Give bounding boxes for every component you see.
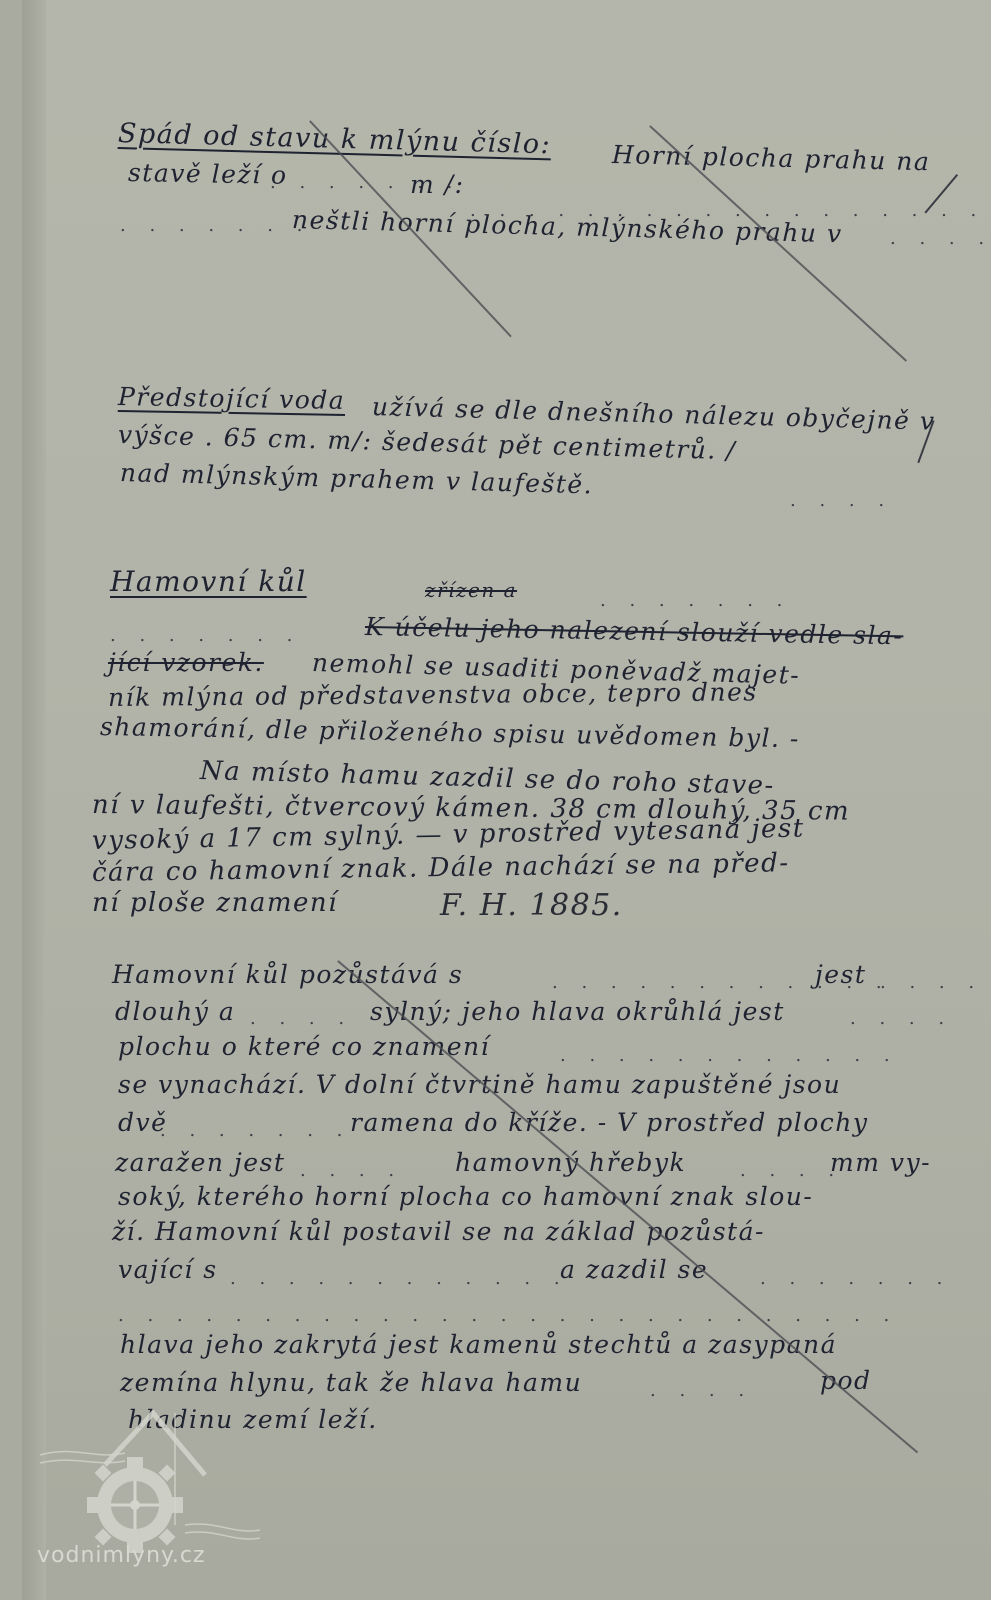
blank-field-dots: . . . . (740, 1160, 843, 1181)
blank-field-dots: . . . . (850, 1008, 953, 1029)
text-line: zemína hlynu, tak že hlava hamu (120, 1368, 582, 1397)
text-line: a zazdil se (560, 1255, 708, 1284)
page-binding-shadow (22, 0, 46, 1600)
text-line: ží. Hamovní kůl postavil se na základ po… (112, 1217, 765, 1246)
blank-field-dots: . . . . (880, 972, 983, 993)
text-line: se vynachází. V dolní čtvrtině hamu zapu… (118, 1070, 841, 1099)
blank-field-dots: . . . . . . . (760, 1268, 951, 1289)
struck-text: jící vzorek. (108, 648, 264, 677)
blank-field-dots: . . . . . . . . . . . . . . . . . . . . … (118, 1305, 898, 1326)
blank-field-dots: . . . . . . . . . . . . (230, 1268, 569, 1289)
blank-field-dots: . . . . . . . (600, 590, 791, 611)
text-line: Hamovní kůl pozůstává s (112, 960, 463, 989)
text-line: stavě leží o (128, 158, 288, 190)
text-line: ramena do kříže. - V prostřed plochy (350, 1108, 869, 1137)
text-line: jest (815, 960, 866, 989)
text-line: hlava jeho zakrytá jest kamenů stechtů a… (120, 1330, 837, 1359)
blank-field-dots: . . . . (890, 228, 991, 249)
text-line: plochu o které co znamení (118, 1032, 490, 1061)
blank-field-dots: . . . . . . . (160, 1120, 351, 1141)
blank-field-dots: . . . . . . . . . . . . (560, 1045, 899, 1066)
struck-text: zřízen a (425, 578, 517, 602)
blank-field-dots: . . . . (790, 490, 893, 511)
text-line: dlouhý a (115, 997, 235, 1026)
text-line: zaražen jest (115, 1148, 285, 1177)
text-line: soký, kterého horní plocha co hamovní zn… (118, 1182, 813, 1211)
blank-field-dots: . . . . . . . (110, 625, 301, 646)
blank-field-dots: . . . . (650, 1380, 753, 1401)
text-line: ní ploše znamení (92, 888, 338, 918)
text-line: ník mlýna od představenstva obce, tepro … (108, 677, 758, 712)
section-heading-hamovni-kul: Hamovní kůl (110, 565, 307, 598)
blank-field-dots: . . . . (300, 1160, 403, 1181)
watermark-text: vodnimlyny.cz (37, 1543, 206, 1568)
section-heading-predstojici-voda: Předstojící voda (118, 382, 346, 415)
blank-field-dots: . . . . . . . (120, 215, 311, 236)
text-line: hamovný hřebyk (455, 1148, 686, 1177)
text-line: m /: (410, 170, 465, 199)
text-line: mm vy- (830, 1148, 931, 1177)
stone-mark-fh-1885: F. H. 1885. (440, 888, 623, 923)
text-line: vající s (118, 1255, 218, 1284)
text-line: sylný; jeho hlava okrůhlá jest (370, 997, 785, 1026)
blank-field-dots: . . . . (250, 1008, 353, 1029)
